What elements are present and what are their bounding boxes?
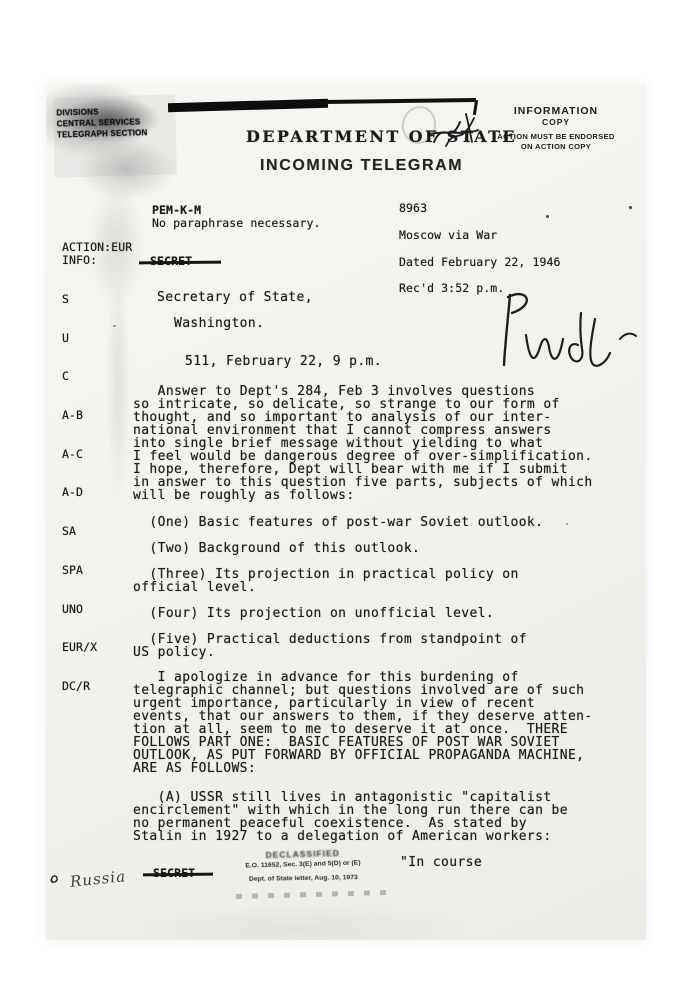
list-item: (Two) Background of this outlook. [133, 542, 613, 555]
routing-code: SA [62, 525, 97, 538]
handwriting-flourish-icon [48, 868, 70, 890]
action-routing: ACTION:EUR [62, 241, 132, 254]
received-line: Rec'd 3:52 p.m. [399, 282, 504, 295]
handwritten-note: Russia [48, 868, 126, 890]
info-copy-line: ON ACTION COPY [486, 142, 626, 152]
stamp-line: TELEGRAPH SECTION [54, 126, 176, 140]
routing-code: UNO [62, 603, 97, 616]
paragraph-intro: Answer to Dept's 284, Feb 3 involves que… [133, 385, 613, 502]
telegraph-section-stamp: DIVISIONS CENTRAL SERVICES TELEGRAPH SEC… [53, 94, 177, 177]
paraphrase-note: No paraphrase necessary. [152, 217, 321, 230]
handwritten-note-text: Russia [69, 867, 127, 891]
list-item: (Three) Its projection in practical poli… [133, 568, 613, 594]
message-number-line: 511, February 22, 9 p.m. [185, 355, 382, 368]
info-copy-line: INFORMATION [486, 105, 626, 117]
ink-speck [566, 523, 568, 525]
distribution-list: S U C A-B A-C A-D SA SPA UNO EUR/X DC/R [62, 267, 97, 719]
routing-code: SPA [62, 564, 97, 577]
information-copy-stamp: INFORMATION COPY ACTION MUST BE ENDORSED… [486, 105, 626, 151]
addressee: Secretary of State, [157, 291, 313, 304]
five-part-list: (One) Basic features of post-war Soviet … [133, 516, 613, 659]
scanned-telegram-page: DIVISIONS CENTRAL SERVICES TELEGRAPH SEC… [0, 0, 693, 1000]
handwritten-signature-icon [492, 283, 642, 378]
info-routing-label: INFO: [62, 254, 97, 267]
routing-code: DC/R [62, 680, 97, 693]
paragraph-apology: I apologize in advance for this burdenin… [133, 671, 613, 775]
handwritten-scribble-icon [426, 112, 484, 154]
routing-code: A-C [62, 448, 97, 461]
declassified-stamp: DECLASSIFIED E.O. 11652, Sec. 3(E) and 5… [218, 847, 389, 885]
declassified-stamp-line: E.O. 11652, Sec. 3(E) and 5(D) or (E) [218, 859, 388, 871]
routing-code: A-D [62, 486, 97, 499]
incoming-telegram-heading: INCOMING TELEGRAM [260, 157, 463, 175]
addressee-city: Washington. [174, 317, 264, 330]
routing-code: U [62, 332, 97, 345]
routing-code: S [62, 293, 97, 306]
quote-fragment: "In course [400, 856, 482, 869]
control-number: 8963 [399, 202, 427, 215]
message-code: PEM-K-M [152, 204, 201, 217]
info-copy-line: COPY [486, 117, 626, 127]
dated-line: Dated February 22, 1946 [399, 256, 561, 269]
routing-code: C [62, 370, 97, 383]
ink-speck [546, 215, 549, 218]
routing-code: A-B [62, 409, 97, 422]
ink-speck [629, 206, 632, 209]
origin-line: Moscow via War [399, 229, 497, 242]
info-copy-line: ACTION MUST BE ENDORSED [486, 132, 626, 142]
routing-code: EUR/X [62, 641, 97, 654]
list-item: (Five) Practical deductions from standpo… [133, 633, 613, 659]
ink-speck [113, 325, 116, 327]
list-item: (One) Basic features of post-war Soviet … [133, 516, 613, 529]
list-item: (Four) Its projection on unofficial leve… [133, 607, 613, 620]
paragraph-a: (A) USSR still lives in antagonistic "ca… [133, 791, 613, 843]
